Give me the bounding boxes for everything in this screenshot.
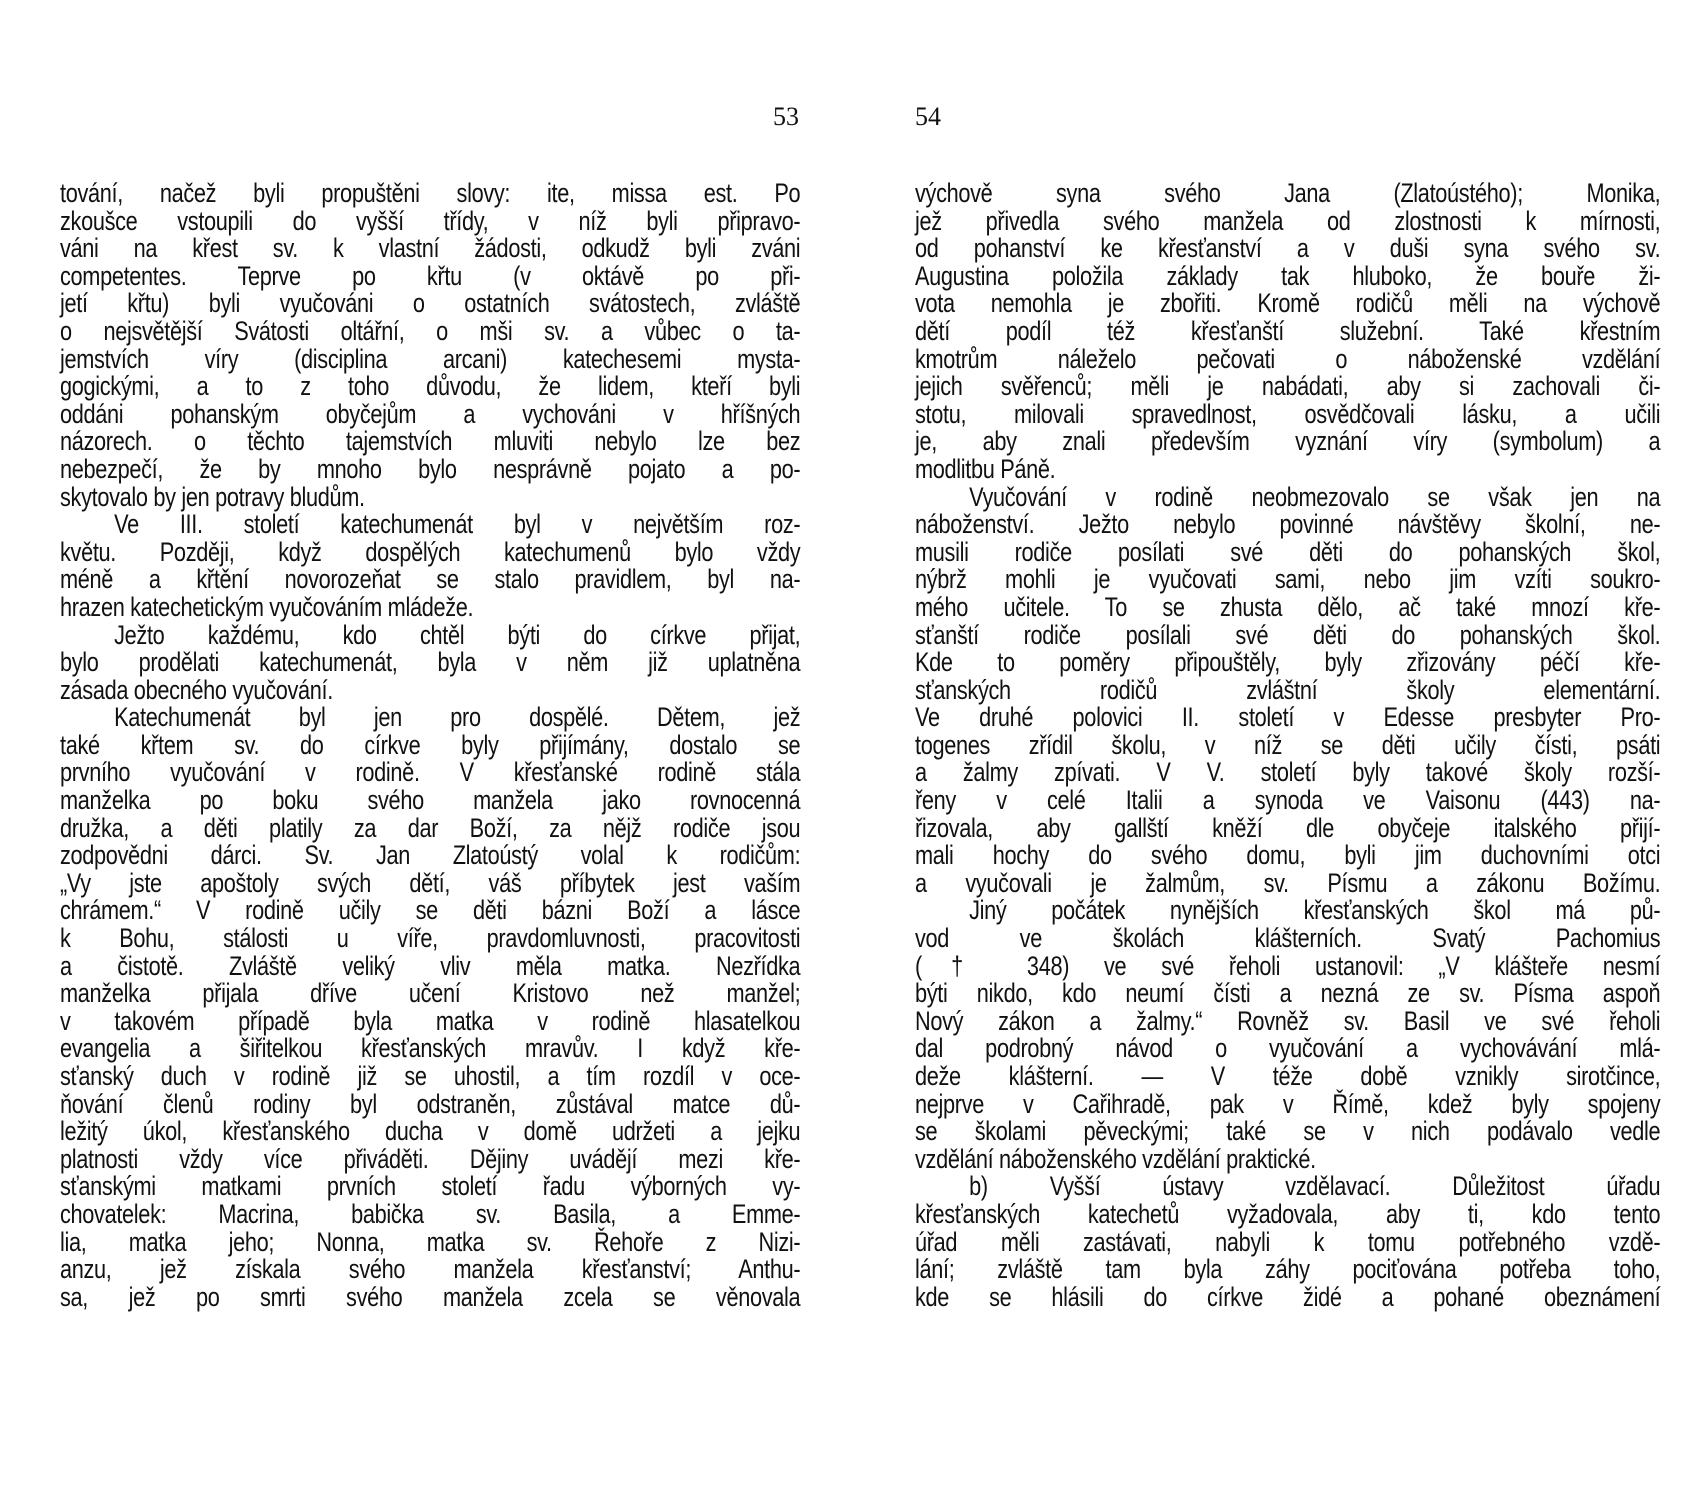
text-line: lání; zvláště tam byla záhy pociťována p… bbox=[915, 1256, 1660, 1284]
text-line: ňování členů rodiny byl odstraněn, zůstá… bbox=[60, 1091, 800, 1119]
text-line: musili rodiče posílati své děti do pohan… bbox=[915, 539, 1660, 567]
text-line: úřad měli zastávati, nabyli k tomu potře… bbox=[915, 1229, 1660, 1257]
text-line: platnosti vždy více přiváděti. Dějiny uv… bbox=[60, 1146, 800, 1174]
text-line: modlitbu Páně. bbox=[915, 456, 1660, 484]
left-page: 53 tování, načež byli propuštěni slovy: … bbox=[60, 0, 800, 1500]
text-line: sa, jež po smrti svého manžela zcela se … bbox=[60, 1284, 800, 1312]
text-line: anzu, jež získala svého manžela křesťans… bbox=[60, 1256, 800, 1284]
text-line: řizovala, aby gallští kněží dle obyčeje … bbox=[915, 815, 1660, 843]
text-line: evangelia a šiřitelkou křesťanských mrav… bbox=[60, 1035, 800, 1063]
text-line: tování, načež byli propuštěni slovy: ite… bbox=[60, 180, 800, 208]
text-line: „Vy jste apoštoly svých dětí, váš příbyt… bbox=[60, 870, 800, 898]
text-line: Katechumenát byl jen pro dospělé. Dětem,… bbox=[60, 704, 800, 732]
text-line: († 348) ve své řeholi ustanovil: „V kláš… bbox=[915, 953, 1660, 981]
text-line: Ve druhé polovici II. století v Edesse p… bbox=[915, 704, 1660, 732]
text-line: hrazen katechetickým vyučováním mládeže. bbox=[60, 594, 800, 622]
text-line: vzdělání náboženského vzdělání praktické… bbox=[915, 1146, 1660, 1174]
text-line: býti nikdo, kdo neumí čísti a nezná ze s… bbox=[915, 980, 1660, 1008]
text-line: zodpovědni dárci. Sv. Jan Zlatoústý vola… bbox=[60, 842, 800, 870]
text-line: Ježto každému, kdo chtěl býti do církve … bbox=[60, 622, 800, 650]
body-text: tování, načež byli propuštěni slovy: ite… bbox=[60, 180, 800, 1311]
text-line: družka, a děti platily za dar Boží, za n… bbox=[60, 815, 800, 843]
text-line: manželka přijala dříve učení Kristovo ne… bbox=[60, 980, 800, 1008]
text-line: kmotrům náleželo pečovati o náboženské v… bbox=[915, 346, 1660, 374]
text-line: sťanští rodiče posílali své děti do poha… bbox=[915, 622, 1660, 650]
text-line: a vyučovali je žalmům, sv. Písmu a zákon… bbox=[915, 870, 1660, 898]
text-line: nebezpečí, že by mnoho bylo nesprávně po… bbox=[60, 456, 800, 484]
text-line: mali hochy do svého domu, byli jim ducho… bbox=[915, 842, 1660, 870]
text-line: sťanský duch v rodině již se uhostil, a … bbox=[60, 1063, 800, 1091]
text-line: nejprve v Cařihradě, pak v Římě, kdež by… bbox=[915, 1091, 1660, 1119]
text-line: a čistotě. Zvláště veliký vliv měla matk… bbox=[60, 953, 800, 981]
text-line: dětí podíl též křesťanští služební. Také… bbox=[915, 318, 1660, 346]
right-page: 54 výchově syna svého Jana (Zlatoústého)… bbox=[915, 0, 1660, 1500]
text-line: zkoušce vstoupili do vyšší třídy, v níž … bbox=[60, 208, 800, 236]
text-line: Jiný počátek nynějších křesťanských škol… bbox=[915, 897, 1660, 925]
text-line: Kde to poměry připouštěly, byly zřizován… bbox=[915, 649, 1660, 677]
page-number: 53 bbox=[773, 102, 799, 132]
text-line: skytovalo by jen potravy bludům. bbox=[60, 484, 800, 512]
text-line: Augustina položila základy tak hluboko, … bbox=[915, 263, 1660, 291]
text-line: b) Vyšší ústavy vzdělavací. Důležitost ú… bbox=[915, 1173, 1660, 1201]
text-line: ležitý úkol, křesťanského ducha v domě u… bbox=[60, 1118, 800, 1146]
text-line: sťanských rodičů zvláštní školy elementá… bbox=[915, 677, 1660, 705]
text-line: také křtem sv. do církve byly přijímány,… bbox=[60, 732, 800, 760]
text-line: květu. Později, když dospělých katechume… bbox=[60, 539, 800, 567]
text-line: deže klášterní. — V téže době vznikly si… bbox=[915, 1063, 1660, 1091]
text-line: oddáni pohanským obyčejům a vychováni v … bbox=[60, 401, 800, 429]
text-line: jetí křtu) byli vyučováni o ostatních sv… bbox=[60, 290, 800, 318]
text-line: jemstvích víry (disciplina arcani) katec… bbox=[60, 346, 800, 374]
text-line: prvního vyučování v rodině. V křesťanské… bbox=[60, 759, 800, 787]
text-line: gogickými, a to z toho důvodu, že lidem,… bbox=[60, 373, 800, 401]
text-line: sťanskými matkami prvních století řadu v… bbox=[60, 1173, 800, 1201]
text-line: competentes. Teprve po křtu (v oktávě po… bbox=[60, 263, 800, 291]
text-line: vota nemohla je zbořiti. Kromě rodičů mě… bbox=[915, 290, 1660, 318]
text-line: chrámem.“ V rodině učily se děti bázni B… bbox=[60, 897, 800, 925]
text-line: togenes zřídil školu, v níž se děti učil… bbox=[915, 732, 1660, 760]
text-line: řeny v celé Italii a synoda ve Vaisonu (… bbox=[915, 787, 1660, 815]
text-line: k Bohu, stálosti u víře, pravdomluvnosti… bbox=[60, 925, 800, 953]
text-line: nýbrž mohli je vyučovati sami, nebo jim … bbox=[915, 566, 1660, 594]
text-line: Ve III. století katechumenát byl v nejvě… bbox=[60, 511, 800, 539]
text-line: křesťanských katechetů vyžadovala, aby t… bbox=[915, 1201, 1660, 1229]
text-line: vod ve školách klášterních. Svatý Pachom… bbox=[915, 925, 1660, 953]
text-line: v takovém případě byla matka v rodině hl… bbox=[60, 1008, 800, 1036]
text-line: o nejsvětější Svátosti oltářní, o mši sv… bbox=[60, 318, 800, 346]
text-line: méně a křtění novorozeňat se stalo pravi… bbox=[60, 566, 800, 594]
text-line: jejich svěřenců; měli je nabádati, aby s… bbox=[915, 373, 1660, 401]
text-line: se školami pěveckými; také se v nich pod… bbox=[915, 1118, 1660, 1146]
text-line: bylo prodělati katechumenát, byla v něm … bbox=[60, 649, 800, 677]
text-line: názorech. o těchto tajemstvích mluviti n… bbox=[60, 428, 800, 456]
text-line: výchově syna svého Jana (Zlatoústého); M… bbox=[915, 180, 1660, 208]
text-line: jež přivedla svého manžela od zlostnosti… bbox=[915, 208, 1660, 236]
text-line: a žalmy zpívati. V V. století byly takov… bbox=[915, 759, 1660, 787]
text-line: mého učitele. To se zhusta dělo, ač také… bbox=[915, 594, 1660, 622]
text-line: Nový zákon a žalmy.“ Rovněž sv. Basil ve… bbox=[915, 1008, 1660, 1036]
text-line: od pohanství ke křesťanství a v duši syn… bbox=[915, 235, 1660, 263]
text-line: lia, matka jeho; Nonna, matka sv. Řehoře… bbox=[60, 1229, 800, 1257]
text-line: manželka po boku svého manžela jako rovn… bbox=[60, 787, 800, 815]
text-line: kde se hlásili do církve židé a pohané o… bbox=[915, 1284, 1660, 1312]
page-number: 54 bbox=[915, 102, 941, 132]
text-line: náboženství. Ježto nebylo povinné návště… bbox=[915, 511, 1660, 539]
text-line: Vyučování v rodině neobmezovalo se však … bbox=[915, 484, 1660, 512]
text-line: chovatelek: Macrina, babička sv. Basila,… bbox=[60, 1201, 800, 1229]
text-line: váni na křest sv. k vlastní žádosti, odk… bbox=[60, 235, 800, 263]
text-line: stotu, milovali spravedlnost, osvědčoval… bbox=[915, 401, 1660, 429]
body-text: výchově syna svého Jana (Zlatoústého); M… bbox=[915, 180, 1660, 1311]
text-line: dal podrobný návod o vyučování a vychová… bbox=[915, 1035, 1660, 1063]
text-line: je, aby znali především vyznání víry (sy… bbox=[915, 428, 1660, 456]
text-line: zásada obecného vyučování. bbox=[60, 677, 800, 705]
